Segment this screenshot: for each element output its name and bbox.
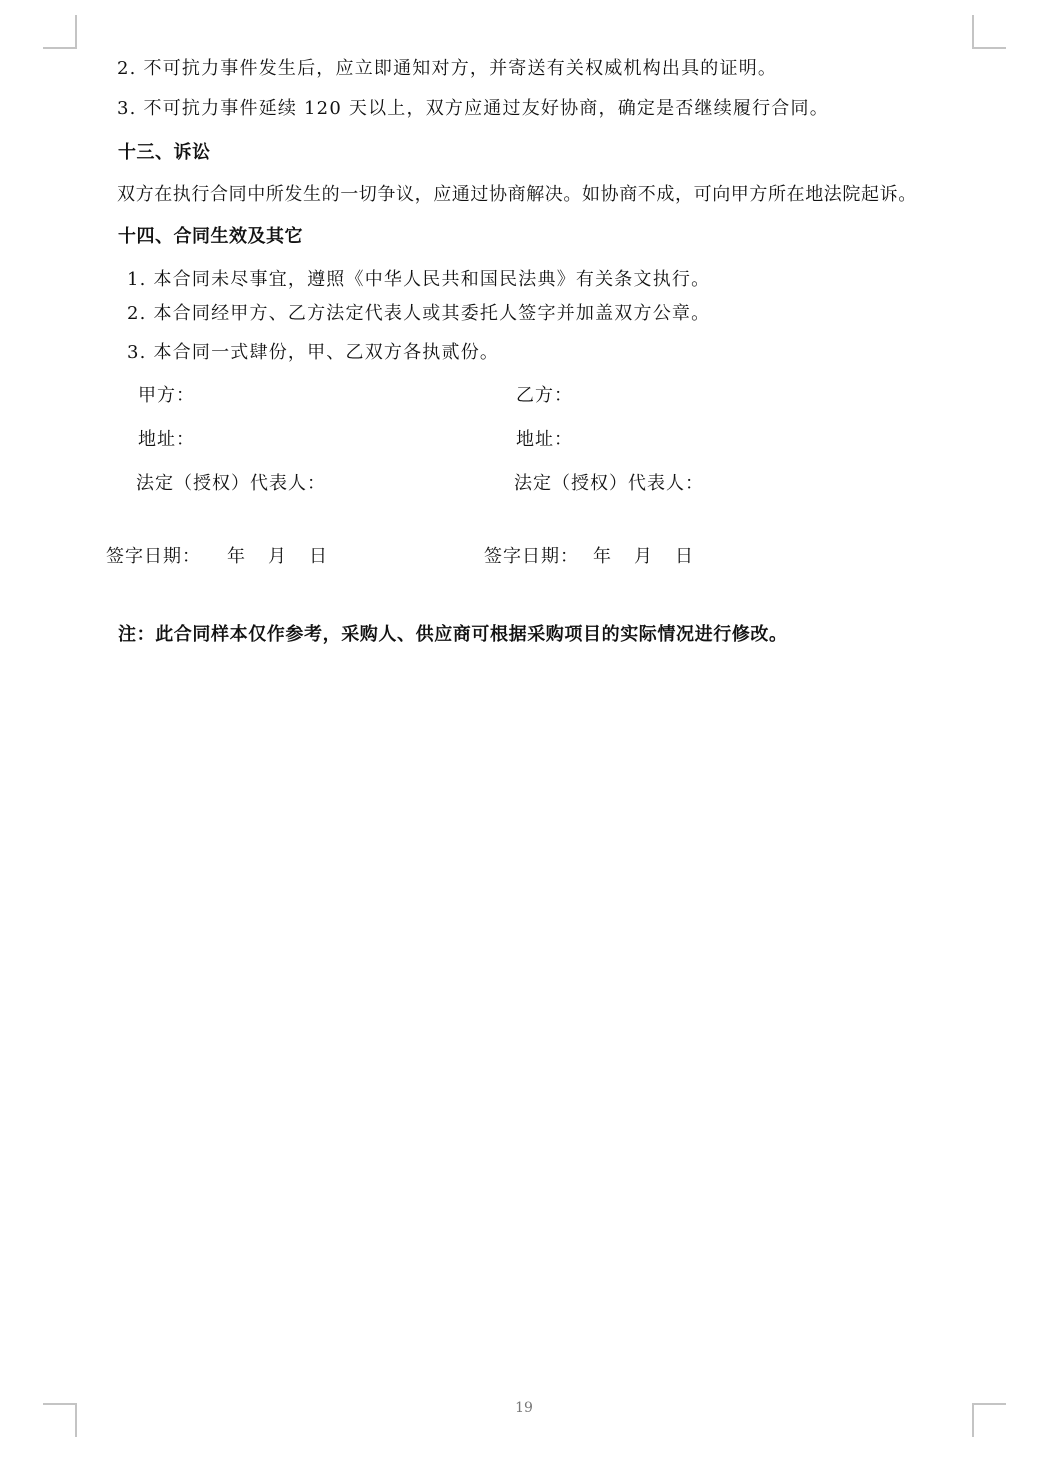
party-a-label: 甲方：	[138, 384, 195, 408]
section-14-item-2: 2. 本合同经甲方、乙方法定代表人或其委托人签字并加盖双方公章。	[127, 302, 710, 326]
section-14-heading: 十四、合同生效及其它	[118, 225, 303, 249]
contract-note: 注：此合同样本仅作参考，采购人、供应商可根据采购项目的实际情况进行修改。	[118, 623, 788, 647]
party-a-date-day: 日	[309, 545, 328, 569]
party-a-date-label: 签字日期：	[106, 545, 201, 569]
section-13-heading: 十三、诉讼	[118, 141, 211, 165]
party-b-date-day: 日	[675, 545, 694, 569]
party-b-sign-date: 签字日期：年月日	[484, 545, 694, 569]
corner-mark-top-right-v	[972, 15, 974, 49]
corner-mark-top-left-v	[75, 15, 77, 49]
party-b-date-year: 年	[593, 545, 612, 569]
force-majeure-item-2: 2. 不可抗力事件发生后，应立即通知对方，并寄送有关权威机构出具的证明。	[117, 57, 777, 81]
party-b-date-label: 签字日期：	[484, 545, 579, 569]
corner-mark-top-left-h	[43, 47, 77, 49]
force-majeure-item-3: 3. 不可抗力事件延续 120 天以上，双方应通过友好协商，确定是否继续履行合同…	[117, 97, 829, 121]
party-a-date-month: 月	[268, 545, 287, 569]
party-a-sign-date: 签字日期：年月日	[106, 545, 328, 569]
section-14-item-1: 1. 本合同未尽事宜，遵照《中华人民共和国民法典》有关条文执行。	[127, 268, 710, 292]
party-a-representative-label: 法定（授权）代表人：	[136, 472, 326, 496]
section-14-item-3: 3. 本合同一式肆份，甲、乙双方各执贰份。	[127, 341, 499, 365]
document-page: 2. 不可抗力事件发生后，应立即通知对方，并寄送有关权威机构出具的证明。 3. …	[0, 0, 1060, 1460]
party-b-label: 乙方：	[516, 384, 573, 408]
party-a-address-label: 地址：	[138, 428, 195, 452]
corner-mark-top-right-h	[972, 47, 1006, 49]
party-b-date-month: 月	[634, 545, 653, 569]
section-13-body: 双方在执行合同中所发生的一切争议，应通过协商解决。如协商不成，可向甲方所在地法院…	[117, 183, 917, 207]
party-b-representative-label: 法定（授权）代表人：	[514, 472, 704, 496]
party-a-date-year: 年	[227, 545, 246, 569]
party-b-address-label: 地址：	[516, 428, 573, 452]
page-number: 19	[0, 1400, 1048, 1416]
